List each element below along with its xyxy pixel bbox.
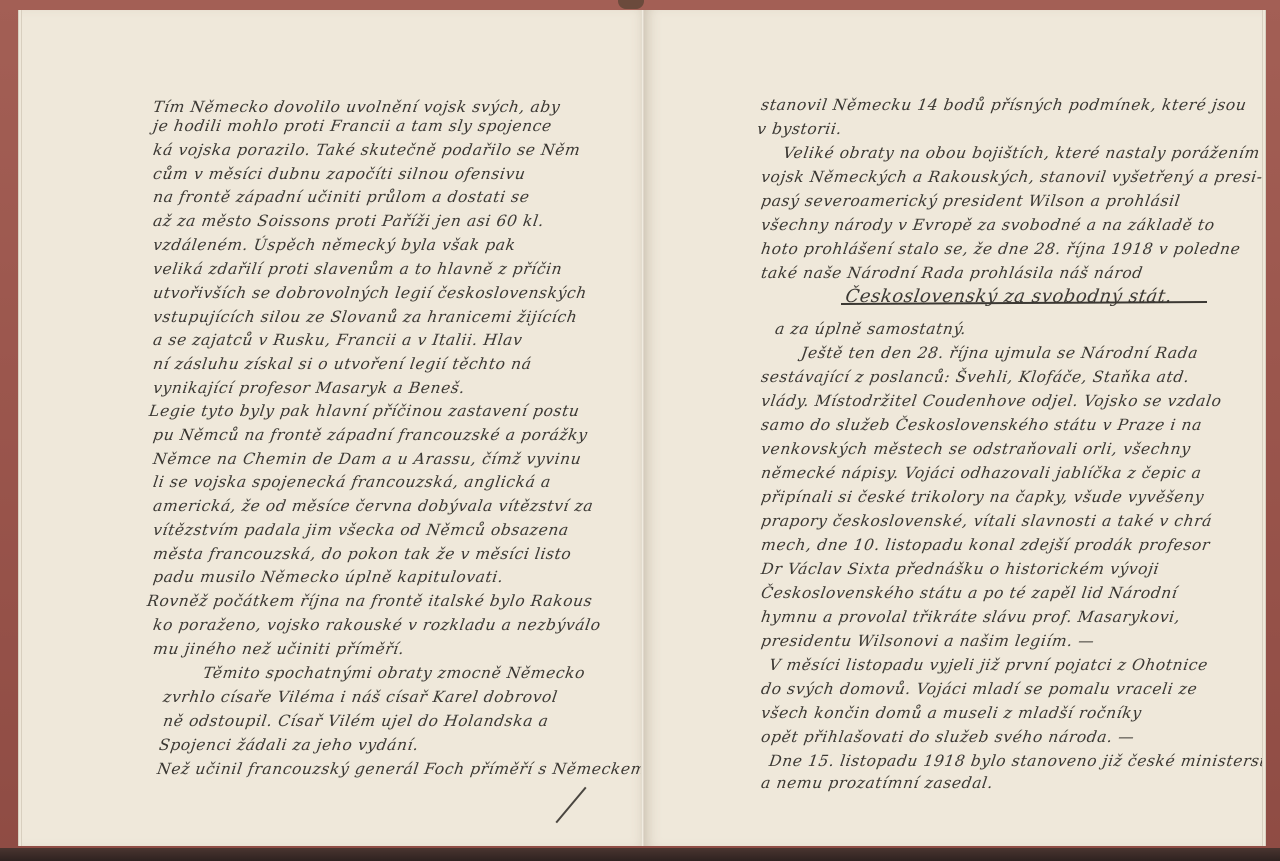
left-page-text-line: města francouzská, do pokon tak že v měs…: [152, 545, 573, 563]
right-page-text-line: stanovil Německu 14 bodů přísných podmín…: [760, 96, 1248, 114]
left-page: Tím Německo dovolilo uvolnění vojsk svýc…: [18, 10, 648, 846]
left-page-text-line: zvrhlo císaře Viléma i náš císař Karel d…: [162, 688, 559, 706]
left-page-text-line: cům v měsíci dubnu započíti silnou ofens…: [152, 165, 527, 183]
left-page-text-line: vítězstvím padala jim všecka od Němců ob…: [152, 521, 570, 539]
left-page-text-line: Legie tyto byly pak hlavní příčinou zast…: [148, 402, 581, 420]
right-page-text-line: všech končin domů a museli z mladší ročn…: [760, 704, 1143, 722]
left-page-text-line: utvořivších se dobrovolných legií českos…: [152, 284, 588, 302]
right-page-text-line: připínali si české trikolory na čapky, v…: [760, 488, 1205, 506]
left-page-text-line: až za město Soissons proti Paříži jen as…: [152, 212, 545, 230]
right-page-text-line: samo do služeb Československého státu v …: [760, 416, 1203, 434]
left-page-text-line: Tím Německo dovolilo uvolnění vojsk svýc…: [152, 98, 562, 116]
right-page-text-line: sestávající z poslanců: Švehli, Klofáče,…: [760, 368, 1191, 386]
left-page-text-line: americká, že od měsíce června dobývala v…: [152, 497, 595, 515]
right-page-text-line: prapory československé, vítali slavnosti…: [760, 512, 1213, 530]
left-page-text-line: li se vojska spojenecká francouzská, ang…: [152, 473, 552, 491]
right-page-text-line: také naše Národní Rada prohlásila náš ná…: [760, 264, 1144, 282]
left-page-text-line: Spojenci žádali za jeho vydání.: [158, 736, 420, 754]
right-page-text-line: mech, dne 10. listopadu konal zdejší pro…: [760, 536, 1211, 554]
right-page-text-line: V měsíci listopadu vyjeli již první poja…: [768, 656, 1209, 674]
right-page-text-line: v bystorii.: [756, 120, 843, 138]
left-page-text-line: Němce na Chemin de Dam a u Arassu, čímž …: [152, 450, 583, 468]
spine-clip: [618, 0, 644, 9]
left-page-text-line: je hodili mohlo proti Francii a tam sly …: [152, 117, 553, 135]
right-page-text-line: vlády. Místodržitel Coudenhove odjel. Vo…: [760, 392, 1223, 410]
left-page-text-line: Rovněž počátkem října na frontě italské …: [146, 592, 594, 610]
left-page-text-line: vstupujících silou ze Slovanů za hranice…: [152, 308, 579, 326]
left-page-text-line: vzdáleném. Úspěch německý byla však pak: [152, 236, 517, 254]
right-page-text-line: Dr Václav Sixta přednášku o historickém …: [760, 560, 1160, 578]
pen-stroke-mark: [555, 787, 586, 824]
right-page-text-line: všechny národy v Evropě za svobodné a na…: [760, 216, 1216, 234]
right-page-text-line: hymnu a provolal třikráte slávu prof. Ma…: [760, 608, 1182, 626]
bottom-edge-shadow: [0, 848, 1280, 861]
left-page-text-line: ká vojska porazilo. Také skutečně podaři…: [152, 141, 582, 159]
right-page-text-line: a nemu prozatímní zasedal.: [760, 774, 994, 792]
left-page-text-line: veliká zdařilí proti slavenům a to hlavn…: [152, 260, 564, 278]
right-page-text-line: hoto prohlášení stalo se, že dne 28. říj…: [760, 240, 1242, 258]
left-page-text-line: pu Němců na frontě západní francouzské a…: [152, 426, 589, 444]
right-page: stanovil Německu 14 bodů přísných podmín…: [644, 10, 1266, 846]
right-page-text-line: venkovských městech se odstraňovali orli…: [760, 440, 1192, 458]
right-page-text-line: Veliké obraty na obou bojištích, které n…: [782, 144, 1261, 162]
left-page-text-line: ko poraženo, vojsko rakouské v rozkladu …: [152, 616, 602, 634]
left-page-text-line: mu jiného než učiniti příměří.: [152, 640, 406, 658]
right-page-text-line: pasý severoamerický president Wilson a p…: [760, 192, 1181, 210]
left-page-text-line: padu musilo Německo úplně kapitulovati.: [152, 568, 505, 586]
right-page-text-line: Ještě ten den 28. října ujmula se Národn…: [800, 344, 1199, 362]
right-page-text-line: německé nápisy. Vojáci odhazovali jablíč…: [760, 464, 1203, 482]
left-page-text-line: Než učinil francouzský generál Foch přím…: [156, 760, 647, 778]
right-page-text-line: do svých domovů. Vojáci mladí se pomalu …: [760, 680, 1199, 698]
right-page-text-line: a za úplně samostatný.: [774, 320, 968, 338]
left-page-text-line: ně odstoupil. Císař Vilém ujel do Holand…: [162, 712, 550, 730]
right-page-text-line: presidentu Wilsonovi a našim legiím. —: [760, 632, 1096, 650]
right-page-text-line: Československého státu a po té zapěl lid…: [760, 584, 1179, 602]
left-page-text-line: a se zajatců v Rusku, Francii a v Italii…: [152, 331, 524, 349]
left-page-text-line: ní zásluhu získal si o utvoření legií tě…: [152, 355, 533, 373]
right-page-text-line: vojsk Německých a Rakouských, stanovil v…: [760, 168, 1264, 186]
left-page-text-line: na frontě západní učiniti průlom a dosta…: [152, 188, 531, 206]
right-page-text-line: Dne 15. listopadu 1918 bylo stanoveno ji…: [768, 752, 1266, 770]
right-page-text-line: opět přihlašovati do služeb svého národa…: [760, 728, 1136, 746]
left-page-text-line: Těmito spochatnými obraty zmocně Německo: [202, 664, 586, 682]
left-page-text-line: vynikající profesor Masaryk a Beneš.: [152, 379, 466, 397]
